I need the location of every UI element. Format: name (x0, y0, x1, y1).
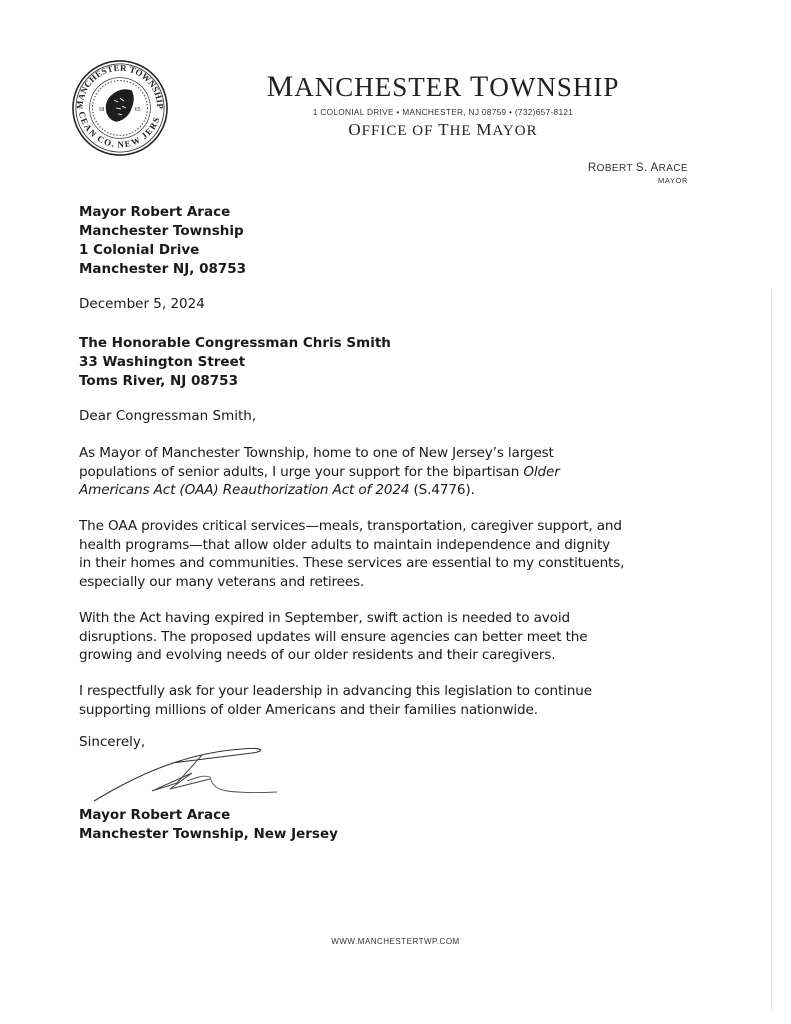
sender-address: Mayor Robert Arace Manchester Township 1… (79, 203, 246, 279)
body-paragraph-1: As Mayor of Manchester Township, home to… (79, 444, 759, 500)
seal-year-left: 18 (98, 107, 104, 113)
sender-line: Manchester NJ, 08753 (79, 260, 246, 279)
salutation: Dear Congressman Smith, (79, 407, 256, 426)
recipient-line: 33 Washington Street (79, 353, 391, 372)
letterhead-title: MANCHESTER TOWNSHIP (256, 72, 630, 102)
body-paragraph-3: With the Act having expired in September… (79, 609, 759, 665)
signer-name: Mayor Robert Arace (79, 806, 338, 825)
letterhead-office: OFFICE OF THE MAYOR (256, 120, 630, 140)
sender-line: Mayor Robert Arace (79, 203, 246, 222)
sender-line: Manchester Township (79, 222, 246, 241)
letter-page: MANCHESTER TOWNSHIP OCEAN CO. NEW JERSEY… (0, 0, 791, 1024)
signature-block: Mayor Robert Arace Manchester Township, … (79, 806, 338, 844)
signer-affiliation: Manchester Township, New Jersey (79, 825, 338, 844)
township-seal-logo: MANCHESTER TOWNSHIP OCEAN CO. NEW JERSEY… (71, 59, 169, 157)
letterhead-address: 1 COLONIAL DRIVE • MANCHESTER, NJ 08759 … (256, 107, 630, 117)
letterhead-mayor-name: ROBERT S. ARACE (588, 162, 688, 174)
recipient-line: Toms River, NJ 08753 (79, 372, 391, 391)
footer-website: WWW.MANCHESTERTWP.COM (0, 937, 791, 946)
scan-edge-line (771, 290, 772, 1010)
recipient-address: The Honorable Congressman Chris Smith 33… (79, 334, 391, 391)
recipient-line: The Honorable Congressman Chris Smith (79, 334, 391, 353)
letterhead-mayor-title: MAYOR (658, 176, 688, 185)
handwritten-signature (92, 733, 292, 803)
body-paragraph-4: I respectfully ask for your leadership i… (79, 682, 759, 719)
seal-year-right: 65 (135, 107, 141, 113)
letter-date: December 5, 2024 (79, 295, 205, 314)
sender-line: 1 Colonial Drive (79, 241, 246, 260)
body-paragraph-2: The OAA provides critical services—meals… (79, 517, 759, 591)
